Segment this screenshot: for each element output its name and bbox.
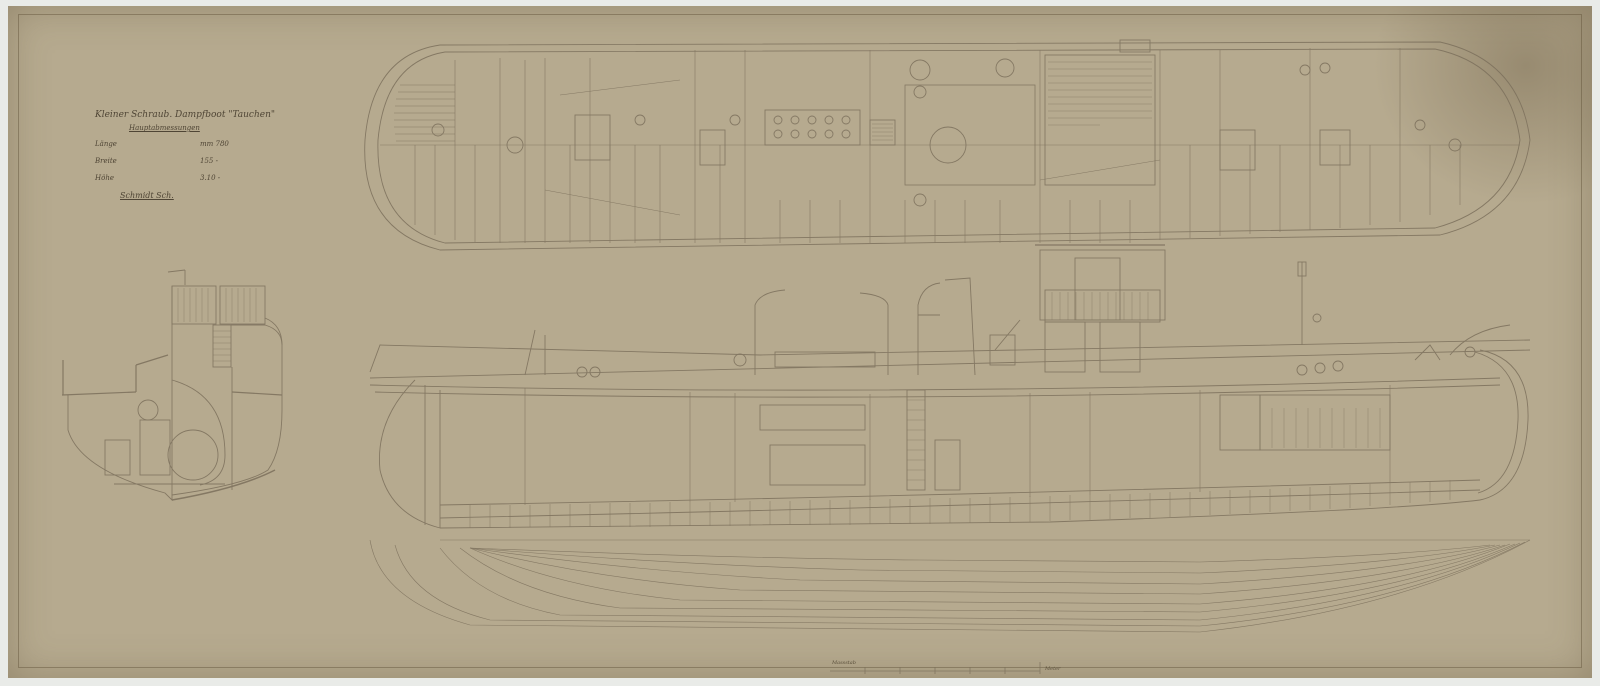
dimension-value: mm 780 xyxy=(200,140,250,148)
hull-lines-view xyxy=(370,540,1530,632)
drawing-subtitle: Hauptabmessungen xyxy=(129,124,265,132)
midship-cross-section xyxy=(62,270,282,500)
signature: Schmidt Sch. xyxy=(120,191,265,200)
dimension-row: Länge mm 780 xyxy=(95,140,265,148)
dimension-label: Breite xyxy=(95,157,200,165)
drawing-title: Kleiner Schraub. Dampfboot "Tauchen" xyxy=(95,110,265,120)
dimension-value: 3.10 - xyxy=(200,174,250,182)
scale-label-left: Massstab xyxy=(832,660,856,666)
dimension-label: Höhe xyxy=(95,174,200,182)
scale-bar xyxy=(830,662,1040,674)
scale-label-right: Meter xyxy=(1045,666,1060,672)
deck-plan-view xyxy=(365,40,1530,250)
ship-plan-drawing xyxy=(0,0,1600,686)
dimension-row: Höhe 3.10 - xyxy=(95,174,265,182)
dimension-value: 155 - xyxy=(200,157,250,165)
dimension-row: Breite 155 - xyxy=(95,157,265,165)
dimension-label: Länge xyxy=(95,140,200,148)
side-profile-elevation xyxy=(370,245,1530,528)
title-block: Kleiner Schraub. Dampfboot "Tauchen" Hau… xyxy=(95,110,265,200)
